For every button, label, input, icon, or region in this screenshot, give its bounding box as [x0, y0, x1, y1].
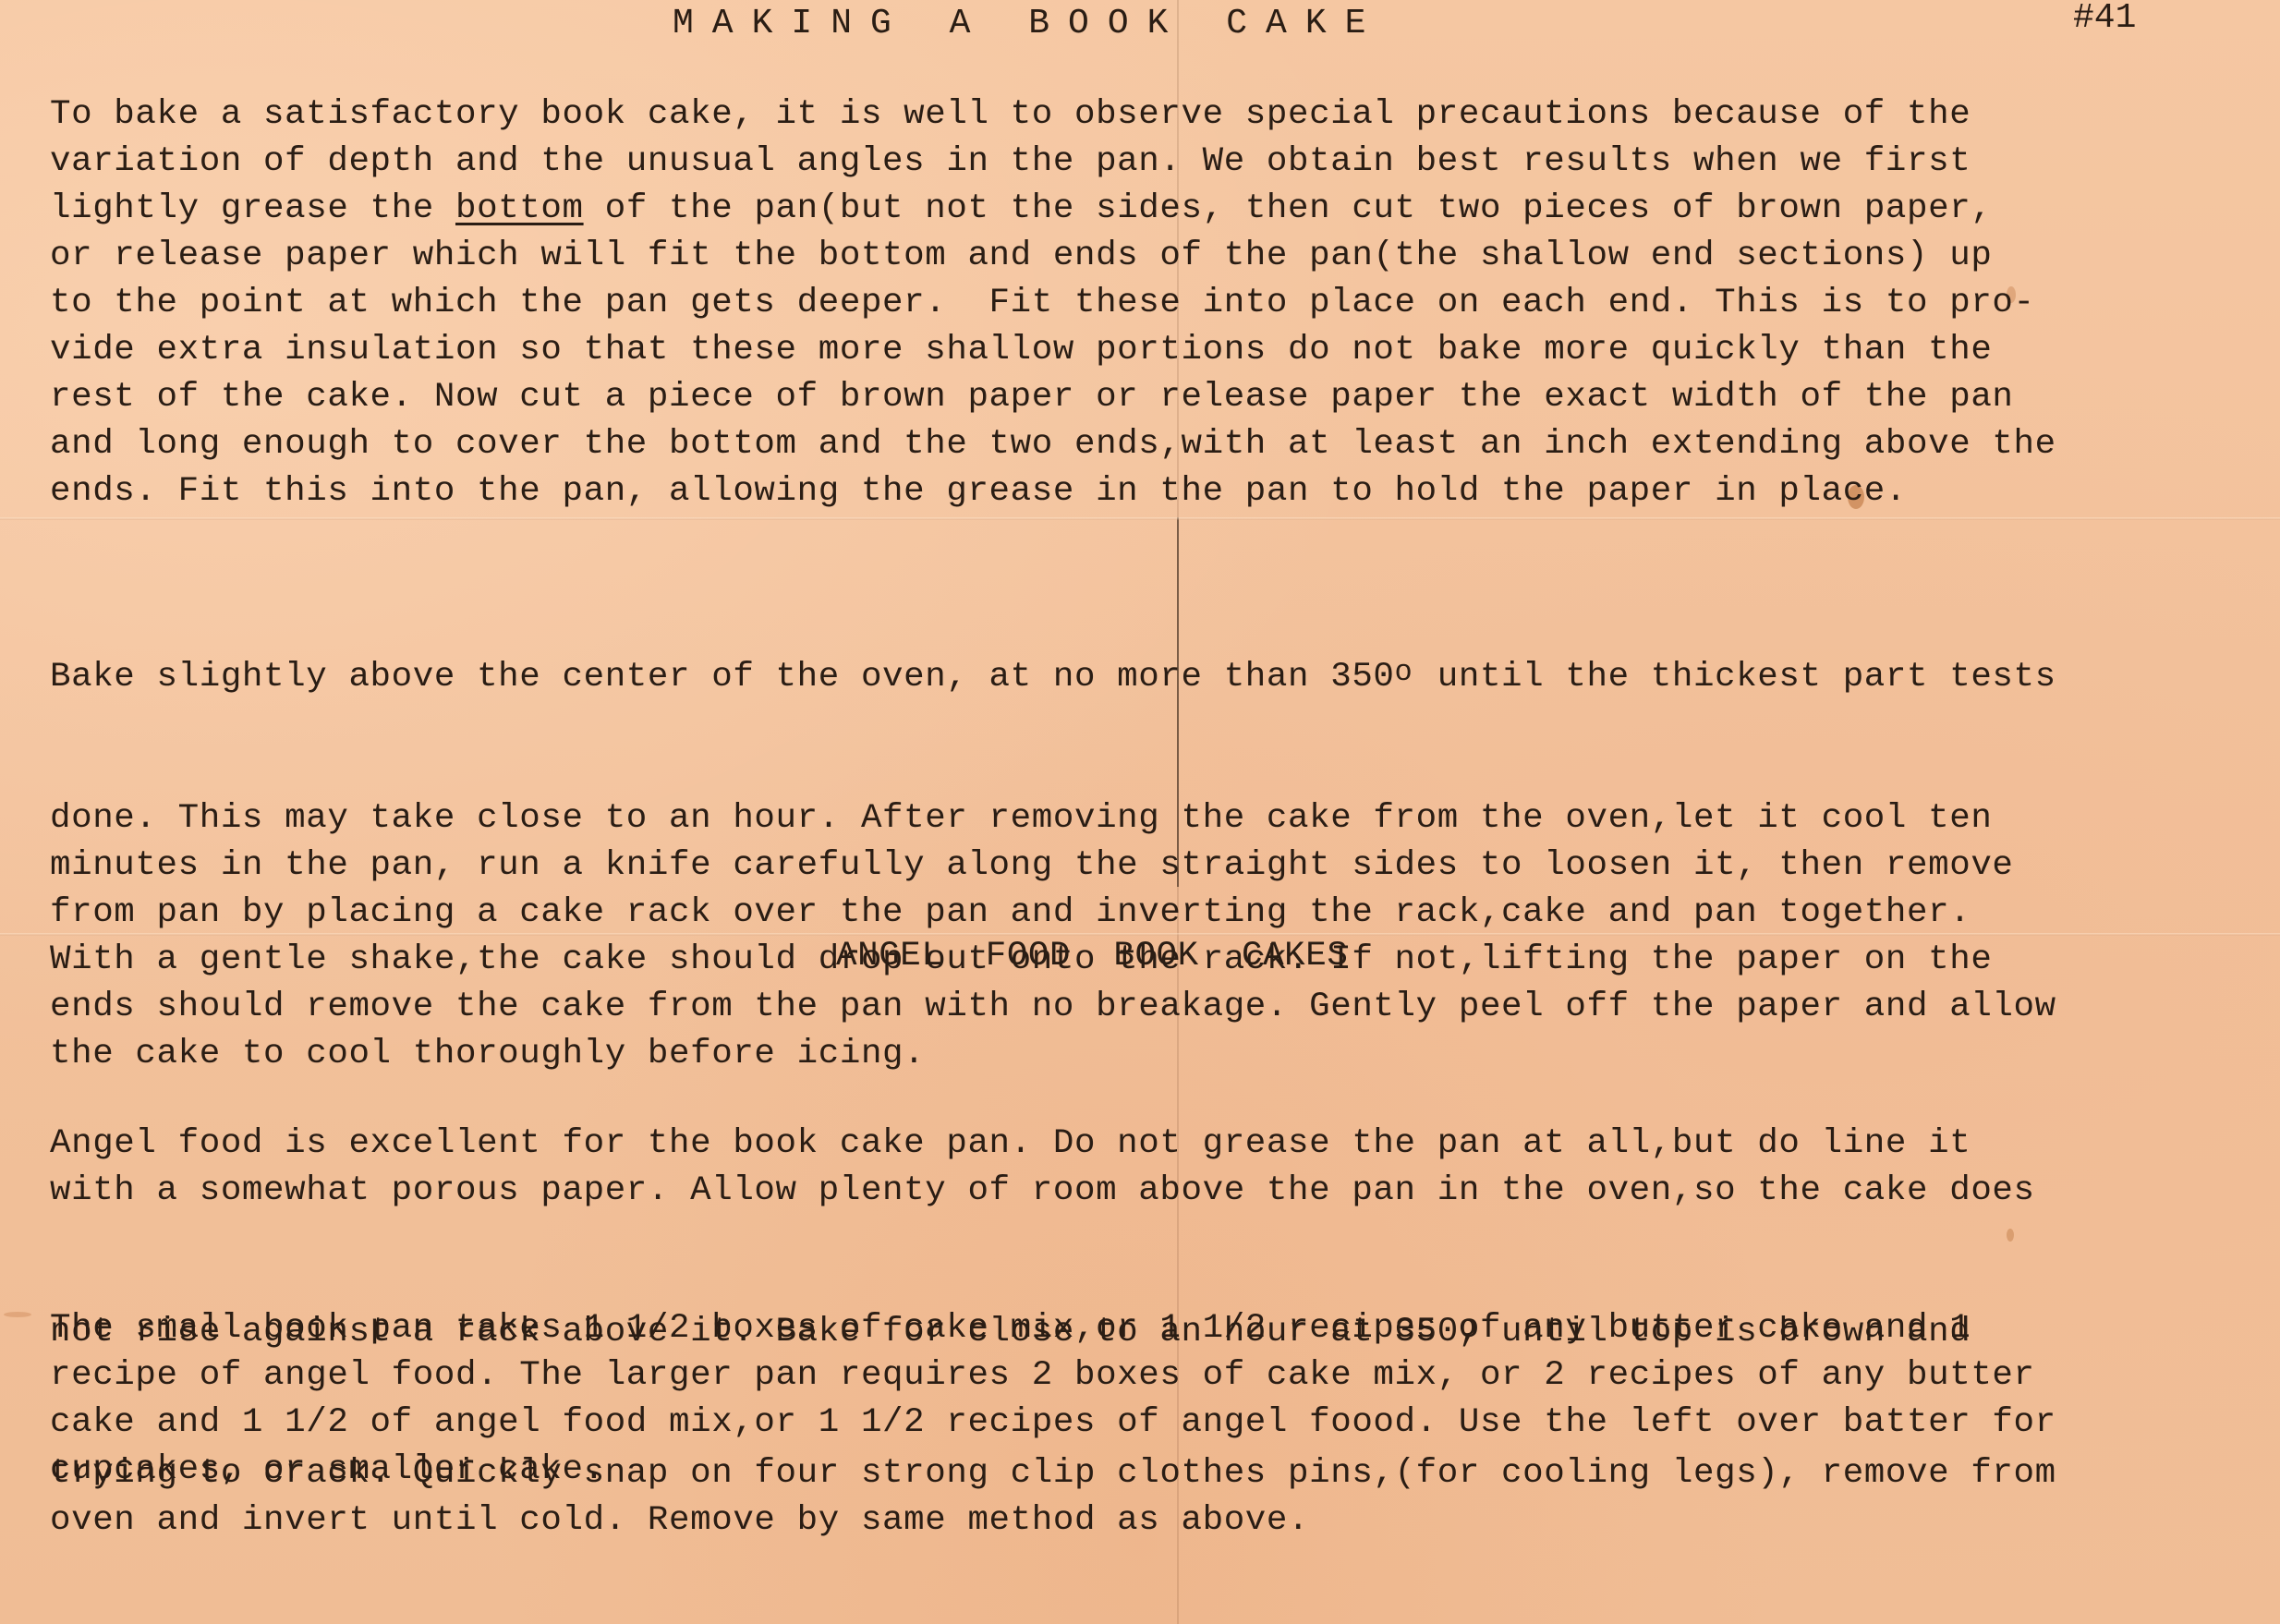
text-line: cupcakes, or smaller cake.	[50, 1447, 2280, 1494]
text-line: Bake slightly above the center of the ov…	[50, 654, 2280, 701]
text-line: variation of depth and the unusual angle…	[50, 139, 2280, 186]
paragraph-preparing-pan: To bake a satisfactory book cake, it is …	[50, 91, 2280, 515]
text-line: ends should remove the cake from the pan…	[50, 984, 2280, 1031]
text-line: minutes in the pan, run a knife carefull…	[50, 842, 2280, 890]
text-line: oven and invert until cold. Remove by sa…	[50, 1497, 2280, 1545]
text-line: from pan by placing a cake rack over the…	[50, 890, 2280, 937]
text-line: with a somewhat porous paper. Allow plen…	[50, 1168, 2280, 1215]
text-line: To bake a satisfactory book cake, it is …	[50, 91, 2280, 139]
text-line: rest of the cake. Now cut a piece of bro…	[50, 374, 2280, 421]
text-line: done. This may take close to an hour. Af…	[50, 795, 2280, 842]
text-line: and long enough to cover the bottom and …	[50, 421, 2280, 468]
paper-fold-horizontal	[0, 517, 2280, 520]
text-line: cake and 1 1/2 of angel food mix,or 1 1/…	[50, 1400, 2280, 1447]
underlined-word: bottom	[455, 189, 584, 228]
text-line: ends. Fit this into the pan, allowing th…	[50, 468, 2280, 515]
stain-spot	[4, 1312, 31, 1317]
text-line: or release paper which will fit the bott…	[50, 233, 2280, 280]
section-subtitle: ANGEL FOOD BOOK CAKES	[836, 937, 1349, 976]
text-line: recipe of angel food. The larger pan req…	[50, 1352, 2280, 1400]
paragraph-pan-sizes: The small book pan takes 1 1/2 boxes of …	[50, 1305, 2280, 1494]
text-line: The small book pan takes 1 1/2 boxes of …	[50, 1305, 2280, 1352]
text-line: Angel food is excellent for the book cak…	[50, 1121, 2280, 1168]
document-title: MAKING A BOOK CAKE	[0, 4, 2280, 43]
text-line: to the point at which the pan gets deepe…	[50, 280, 2280, 327]
text-line: lightly grease the bottom of the pan(but…	[50, 186, 2280, 233]
text-line: vide extra insulation so that these more…	[50, 327, 2280, 374]
page-number: #41	[2073, 0, 2136, 38]
